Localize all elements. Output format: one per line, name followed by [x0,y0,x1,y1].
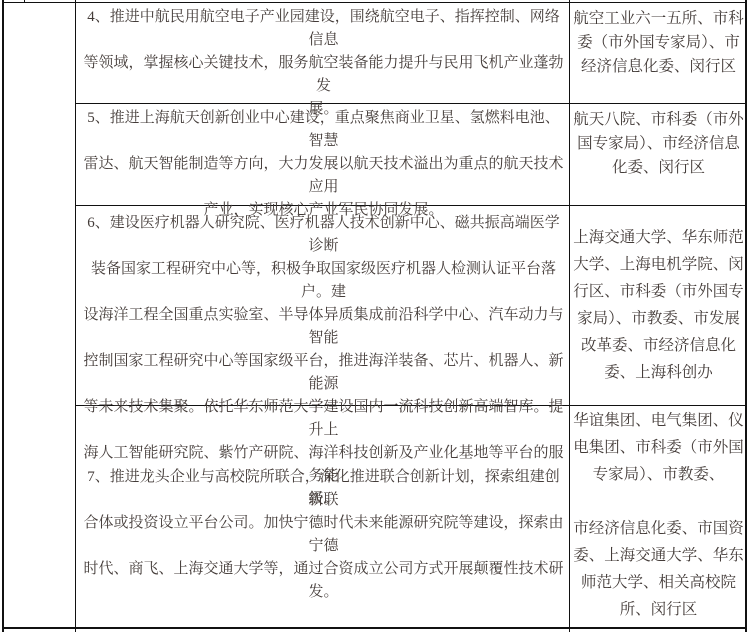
table-bottom-border [2,627,747,629]
task-cell-item-4: 4、推进中航民用航空电子产业园建设，围绕航空电子、指挥控制、网络信息 等领域，掌… [80,6,567,121]
table-row-separator-top [2,2,747,3]
document-page: 4、推进中航民用航空电子产业园建设，围绕航空电子、指挥控制、网络信息 等领域，掌… [0,0,749,632]
table-column-divider-right [569,0,570,632]
responsible-cell-item-7: 华谊集团、电气集团、仪 电集团、市科委（市外国 专家局）、市教委、 市经济信息化… [571,407,746,623]
responsible-cell-item-4: 航空工业六一五所、市科 委（市外国专家局）、市 经济信息化委、闵行区 [571,7,746,79]
table-left-border [2,0,4,632]
table-column-divider-left [75,0,76,632]
task-cell-item-5: 5、推进上海航天创新创业中心建设，重点聚焦商业卫星、氢燃料电池、智慧 雷达、航天… [80,107,567,222]
responsible-cell-item-5: 航天八院、市科委（市外 国专家局）、市经济信息 化委、闵行区 [571,108,746,180]
responsible-cell-item-6: 上海交通大学、华东师范 大学、上海电机学院、闵 行区、市科委（市外国专 家局）、… [571,205,746,405]
task-cell-item-7: 7、推进龙头企业与高校院所联合，深化推进联合创新计划，探索组建创新联 合体或投资… [80,466,567,604]
